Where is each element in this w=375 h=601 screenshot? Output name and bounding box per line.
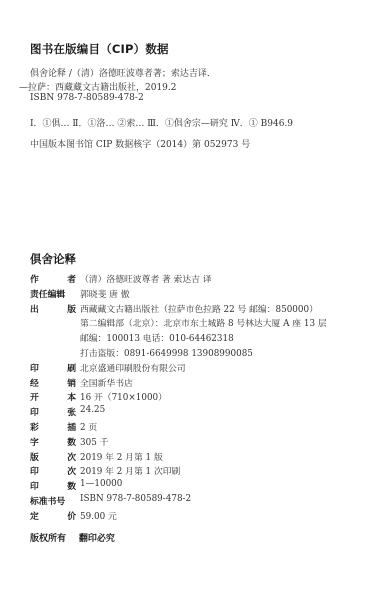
info-label: 版次 [30,450,78,463]
piracy-prohibited: 翻印必究 [79,534,115,544]
info-value: 全国新华书店 [78,376,133,389]
cip-title: 图书在版编目（CIP）数据 [30,41,169,57]
info-row-publisher-contact: 邮编：100013 电话：010-64462318 [30,331,327,346]
info-row-word-count: 字数 305 千 [30,435,327,450]
cip-line-title-author: 俱舍论释 /（清）洛德旺波尊者著；索达吉译． [30,66,216,79]
info-value: 59.00 元 [78,509,117,522]
info-label: 印数 [30,479,78,492]
info-row-publisher: 出版 西藏藏文古籍出版社（拉萨市色拉路 22 号 邮编：850000） [30,302,327,317]
info-label: 经销 [30,376,78,389]
info-label: 印次 [30,464,78,477]
info-label: 字数 [30,435,78,448]
info-row-edition: 版次 2019 年 2 月第 1 版 [30,450,327,465]
info-value: 2019 年 2 月第 1 次印刷 [78,464,180,477]
info-row-publisher-branch: 第二编辑部（北京）：北京市东土城路 8 号林达大厦 A 座 13 层 [30,316,327,331]
info-value: 郭晓斐 唐 傲 [78,287,130,300]
info-value: 2019 年 2 月第 1 版 [78,450,163,463]
info-row-sheets: 印张 24.25 [30,405,327,420]
info-row-editor: 责任编辑 郭晓斐 唐 傲 [30,287,327,302]
cip-line-publisher: —拉萨：西藏藏文古籍出版社，2019.2 [19,80,177,93]
info-row-printer: 印刷 北京盛通印刷股份有限公司 [30,361,327,376]
cip-line-classification: Ⅰ．①俱… Ⅱ．①洛… ②索… Ⅲ．①俱舍宗—研究 Ⅳ．① B946.9 [30,116,293,129]
info-value: ISBN 978-7-80589-478-2 [78,494,191,504]
publication-info: 作者 （清）洛德旺波尊者 著 索达吉 译 责任编辑 郭晓斐 唐 傲 出版 西藏藏… [30,272,327,524]
info-label: 印刷 [30,361,78,374]
copyright-notice: 版权所有 翻印必究 [30,531,115,544]
info-row-author: 作者 （清）洛德旺波尊者 著 索达吉 译 [30,272,327,287]
info-row-print-run: 印数 1—10000 [30,479,327,494]
book-title: 俱舍论释 [30,251,76,267]
info-label: 彩插 [30,420,78,433]
info-row-format: 开本 16 开（710×1000） [30,390,327,405]
info-value: 1—10000 [78,479,122,489]
cip-line-record-number: 中国版本图书馆 CIP 数据核字（2014）第 052973 号 [30,137,250,150]
info-value: 16 开（710×1000） [78,390,167,403]
info-value: 第二编辑部（北京）：北京市东土城路 8 号林达大厦 A 座 13 层 [78,316,327,329]
info-value: （清）洛德旺波尊者 著 索达吉 译 [78,272,212,285]
info-value: 2 页 [78,420,97,433]
info-label: 标准书号 [30,494,78,507]
info-row-isbn: 标准书号 ISBN 978-7-80589-478-2 [30,494,327,509]
info-row-printing: 印次 2019 年 2 月第 1 次印刷 [30,464,327,479]
info-value: 北京盛通印刷股份有限公司 [78,361,186,374]
info-value: 305 千 [78,435,108,448]
info-value: 24.25 [78,405,105,415]
cip-line-isbn: ISBN 978-7-80589-478-2 [30,93,144,103]
info-value: 西藏藏文古籍出版社（拉萨市色拉路 22 号 邮编：850000） [78,302,318,315]
info-value: 打击盗版：0891-6649998 13908990085 [78,346,253,359]
info-label: 作者 [30,272,78,285]
info-label: 开本 [30,390,78,403]
info-value: 邮编：100013 电话：010-64462318 [78,331,234,344]
info-row-distributor: 经销 全国新华书店 [30,376,327,391]
info-label: 出版 [30,302,78,315]
all-rights-reserved: 版权所有 [30,534,66,544]
info-label: 责任编辑 [30,287,78,300]
info-row-price: 定价 59.00 元 [30,509,327,524]
info-row-anti-piracy: 打击盗版：0891-6649998 13908990085 [30,346,327,361]
info-label: 印张 [30,405,78,418]
info-label: 定价 [30,509,78,522]
info-row-color-plates: 彩插 2 页 [30,420,327,435]
copyright-page: 图书在版编目（CIP）数据 俱舍论释 /（清）洛德旺波尊者著；索达吉译． —拉萨… [0,0,375,601]
